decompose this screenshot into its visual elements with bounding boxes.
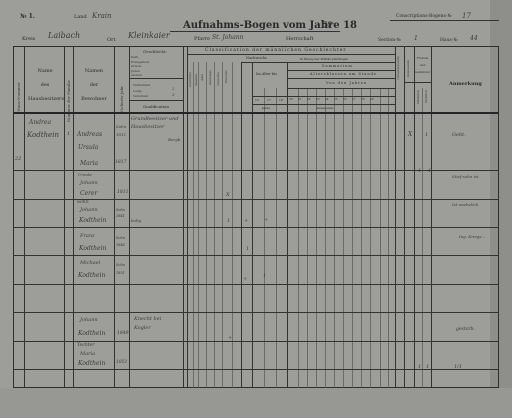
resident-name: Sohn: [77, 200, 89, 205]
foreign-header: Fremde und Ausländer: [414, 55, 431, 76]
col-line: [414, 46, 415, 388]
subcol-line: [325, 88, 326, 388]
owner-header-line: des: [28, 78, 62, 92]
resident-name: Maria: [80, 351, 95, 357]
tally-mark: 1: [263, 273, 266, 279]
birth-year: 1851: [116, 360, 127, 365]
conscription-underline: [390, 20, 499, 21]
birth-year: 1846: [116, 243, 125, 247]
subcol-line: [307, 88, 308, 388]
subcol-line: [206, 62, 207, 388]
resident-header-line: der: [76, 78, 112, 92]
ort-label: Ort: [107, 37, 116, 43]
resident-name: Tochter: [77, 343, 94, 348]
col-header-resident: Namen der Bewohner: [76, 64, 112, 106]
resident-name: Kodthein: [78, 272, 105, 279]
tally-mark: 1: [246, 246, 249, 252]
herrschaft-label: Herrschaft: [286, 36, 314, 42]
ort-value: Kleinkaier: [128, 31, 170, 40]
resident-name: Kodthein: [78, 330, 105, 337]
header-line: [129, 78, 183, 79]
birth-year: 1817: [115, 160, 126, 165]
nachwuchs-header: Nachwuchs: [246, 56, 267, 60]
col-line: [252, 62, 253, 388]
tally-mark: 1: [426, 364, 429, 370]
remark: Gebt.: [452, 132, 466, 138]
house-value: 44: [470, 35, 478, 42]
qualification-header: Qualification: [143, 104, 169, 109]
resident-name: Ursula: [78, 144, 98, 151]
col-line: [395, 46, 396, 388]
resident-name: Maria: [80, 160, 98, 167]
subclass-header: Beamte: [194, 74, 198, 86]
resident-header-line: Namen: [76, 64, 112, 78]
right-vertical-header: Ortsabwesende: [396, 56, 400, 80]
section-label: Section-№: [378, 38, 401, 43]
subclass-header: Künstler: [224, 70, 228, 83]
age-header: 17: [267, 98, 271, 102]
qualification: ledig: [131, 218, 141, 223]
religion-row: Andere: [131, 73, 149, 78]
subclass-header: Gewerbe: [216, 72, 220, 86]
age-year: 29: [370, 97, 379, 101]
age-year: 23: [316, 97, 325, 101]
resident-name: Ursula: [78, 172, 92, 177]
subcol-line: [276, 88, 277, 388]
kreis-label: Kreis: [22, 36, 35, 42]
age-year: 26: [343, 97, 352, 101]
age-year: 28: [361, 97, 370, 101]
resident-name: Johann: [80, 207, 98, 213]
age-header: 18: [279, 98, 283, 102]
title-underline: [170, 31, 340, 32]
qualification: Grundbesitzer und: [131, 116, 179, 122]
remark: 1/1: [454, 364, 462, 370]
status-value: 3: [172, 92, 175, 97]
resident-header-line: Bewohner: [76, 92, 112, 106]
resident-name: Cerer: [80, 190, 97, 197]
resident-name: Michael: [80, 260, 100, 266]
col-line: [129, 46, 130, 388]
tally-mark: X: [408, 131, 412, 138]
age-year: 25: [334, 97, 343, 101]
age-year-row: 20 21 22 23 24 25 26 27 28 29: [289, 97, 379, 101]
age-year: 21: [298, 97, 307, 101]
owner-header-line: Hausbesitzers: [28, 92, 62, 106]
subcol-line: [222, 62, 223, 388]
header-line: [287, 78, 395, 79]
summary-title: Summarium: [322, 64, 353, 68]
resident-name: Kodthein: [78, 360, 105, 367]
row-line: [13, 227, 499, 228]
remark: Ist unehelich: [452, 202, 478, 207]
qualification: Kogler: [134, 325, 151, 331]
conscription-label: Conscriptions-Bogens-№: [396, 14, 452, 19]
subcol-line: [214, 62, 215, 388]
kreis-value: Laibach: [48, 31, 80, 40]
religion-box-title: Geschlecht:: [143, 49, 167, 54]
pfarre-value: St. Johann: [212, 34, 244, 41]
age-header: Im Alter bis: [256, 72, 277, 76]
col-header-family-nr: Nummer der Familie: [66, 80, 71, 122]
col-line: [24, 46, 25, 388]
header-bottom-line: [13, 112, 499, 114]
form-year: 80: [322, 20, 332, 29]
subcol-line: [361, 88, 362, 388]
subclass-header: Ansässige: [208, 70, 212, 85]
land-label: Land: [74, 14, 87, 20]
religion-list: Kath. Evangelisch Griech. Juden Andere: [131, 55, 149, 78]
right-vertical-header: Anwesende: [406, 60, 410, 77]
owner-firstname: Andrea: [29, 119, 51, 126]
tally-mark: 1: [418, 168, 421, 174]
age-year: 24: [325, 97, 334, 101]
house-number: 22: [15, 156, 21, 162]
remark: gestorb.: [456, 327, 475, 332]
military-title: In Bezug der Militär-pflichtigen: [300, 57, 348, 61]
age-group-title: Altersklassen am Stande: [310, 72, 377, 76]
row-line: [13, 170, 499, 171]
header-line: [241, 62, 395, 63]
owner-header-line: Name: [28, 64, 62, 78]
col-line: [64, 46, 65, 388]
col-line: [114, 46, 115, 388]
remark: Ing. Kriegs...: [459, 234, 485, 239]
age-year: 27: [352, 97, 361, 101]
remarks-header: Anmerkung: [449, 81, 482, 87]
subcol-line: [422, 88, 423, 388]
birth-year: 1841: [116, 214, 125, 218]
birth-note: Sohn: [116, 236, 125, 240]
tally-mark: +: [244, 218, 248, 224]
owner-surname: Kodthein: [27, 131, 59, 139]
family-number: 1: [67, 131, 70, 137]
scan-edge-bottom: [0, 388, 512, 418]
col-line: [183, 46, 184, 388]
col-line: [187, 46, 188, 388]
foreign-line: Fremde: [414, 55, 431, 62]
birth-note: Sohn: [116, 263, 125, 267]
subcol-line: [193, 62, 194, 388]
row-line: [13, 255, 499, 256]
section-value: 1: [414, 35, 418, 42]
birth-year: 1849: [117, 331, 128, 336]
status-row: Verwitwet: [133, 94, 150, 100]
resident-name: Franz: [80, 233, 95, 239]
col-line: [404, 46, 405, 388]
subcol-line: [298, 88, 299, 388]
land-value: Krain: [92, 12, 112, 20]
age-header: Jahre: [262, 106, 270, 110]
for-years: Von den Jahren: [326, 81, 367, 85]
abwesende-header: Abwesende: [316, 106, 333, 110]
col-header-house-nr: Haus-Nummer: [16, 82, 21, 112]
col-line: [73, 46, 74, 388]
remark: Stief-sohn ist: [452, 174, 492, 179]
qualification: Hausbesitzer: [131, 124, 164, 130]
subcol-line: [343, 88, 344, 388]
tally-mark: +: [264, 217, 268, 223]
subcol-line: [198, 62, 199, 388]
subcol-line: [334, 88, 335, 388]
census-sheet: № 1. Land Krain Aufnahms-Bogen vom Jahre…: [0, 0, 512, 418]
classification-title: Classification der männlichen Geschlecht…: [205, 48, 347, 53]
tally-mark: 1: [418, 364, 421, 370]
qualification: Knecht bei: [134, 316, 161, 322]
birth-note: Sohn: [116, 208, 125, 212]
resident-name: Kodthein: [79, 217, 106, 224]
conscription-value: 17: [462, 12, 471, 20]
age-year: 22: [307, 97, 316, 101]
subcol-line: [380, 88, 381, 388]
subcol-line: [352, 88, 353, 388]
col-line: [241, 62, 242, 388]
birth-note: Sohn: [116, 124, 126, 129]
house-label: Haus-№: [440, 38, 458, 43]
col-header-owner: Name des Hausbesitzers: [28, 64, 62, 106]
resident-name: Johann: [80, 180, 98, 186]
header-line: [187, 54, 395, 55]
resident-name: Johann: [80, 317, 98, 323]
tally-mark: 1: [425, 132, 428, 138]
col-line: [287, 62, 288, 388]
subcol-line: [388, 88, 389, 388]
right-vertical-header: Weiblich: [424, 90, 428, 103]
pfarre-label: Pfarre: [194, 36, 210, 42]
age-header: 13: [255, 98, 259, 102]
header-line: [252, 104, 395, 105]
status-value: 2: [172, 86, 175, 91]
tally-mark: 1: [227, 218, 230, 224]
col-line: [431, 46, 432, 388]
birth-year: 1851: [116, 271, 125, 275]
subclass-header: Adel: [200, 74, 204, 81]
header-line: [129, 100, 183, 101]
qualification: Bergb.: [168, 137, 182, 142]
status-list: Verheiratet Ledig Verwitwet: [133, 83, 150, 100]
subcol-line: [264, 88, 265, 388]
header-line: [404, 82, 431, 83]
status-row: Verheiratet: [133, 83, 150, 89]
form-number: № 1.: [20, 13, 35, 20]
subclass-header: Geistliche: [188, 72, 192, 87]
resident-name: Kodthein: [79, 245, 106, 252]
tally-mark: 1: [428, 168, 431, 174]
row-line: [13, 284, 499, 285]
header-line: [287, 70, 395, 71]
subcol-line: [370, 88, 371, 388]
header-line: [287, 88, 395, 89]
subcol-line: [316, 88, 317, 388]
foreign-line: Ausländer: [414, 69, 431, 76]
resident-name: Andreas: [77, 131, 102, 138]
birth-year: 1811: [116, 132, 126, 137]
age-year: 20: [289, 97, 298, 101]
birth-year: 1811: [117, 190, 128, 195]
row-line: [13, 341, 499, 342]
tally-mark: X: [226, 192, 230, 198]
col-header-birth: Geburts-Jahr: [119, 86, 124, 112]
row-line: [13, 312, 499, 313]
foreign-line: und: [414, 62, 431, 69]
tally-mark: +: [228, 335, 232, 341]
tally-mark: +: [243, 276, 247, 282]
right-vertical-header: Männlich: [416, 90, 420, 104]
